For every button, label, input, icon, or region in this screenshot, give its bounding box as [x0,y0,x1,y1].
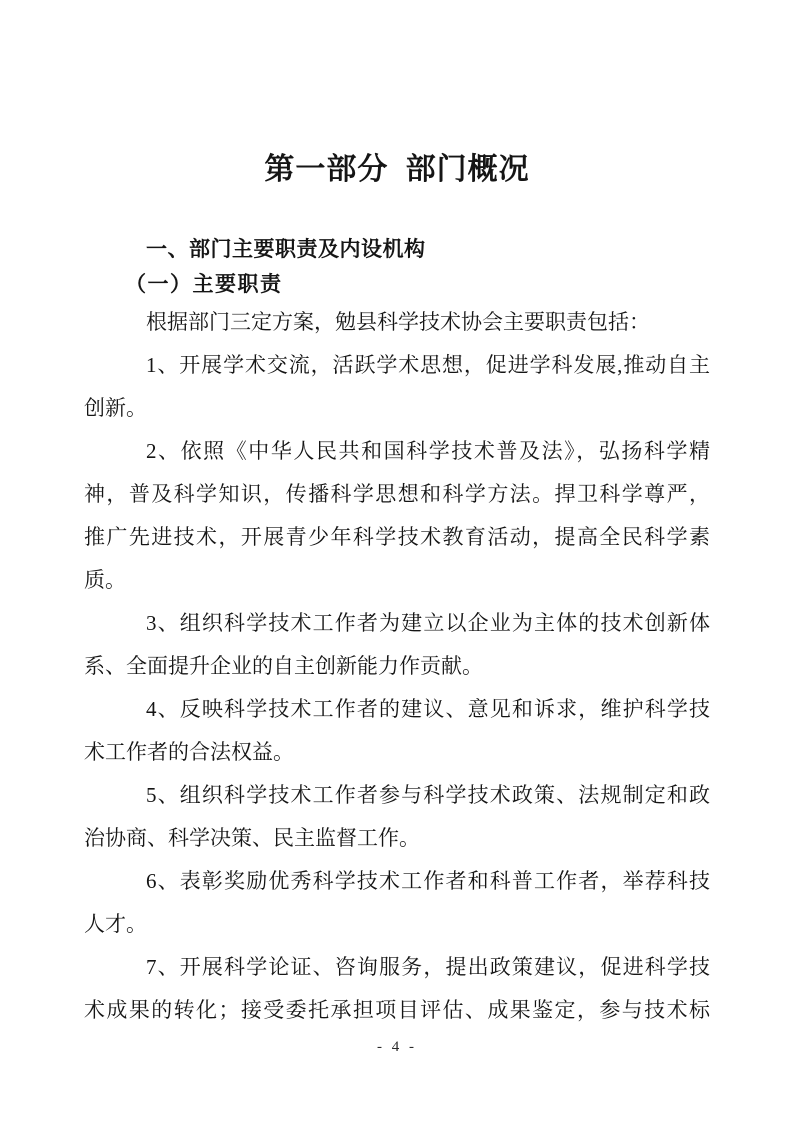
document-page: 第一部分 部门概况 一、部门主要职责及内设机构 （一）主要职责 根据部门三定方案… [0,0,793,1122]
paragraph-line: 3、组织科学技术工作者为建立以企业为主体的技术创新体 [84,602,710,645]
paragraph-line: 神，普及科学知识，传播科学思想和科学方法。捍卫科学尊严， [84,473,710,516]
paragraph-line: 质。 [84,559,710,602]
subsection-heading: （一）主要职责 [84,267,710,301]
document-title: 第一部分 部门概况 [84,152,710,188]
paragraph-line: 术工作者的合法权益。 [84,731,710,774]
page-number: - 4 - [84,1032,710,1062]
paragraph-line: 创新。 [84,387,710,430]
paragraph-line: 推广先进技术，开展青少年科学技术教育活动，提高全民科学素 [84,516,710,559]
paragraph-line: 2、依照《中华人民共和国科学技术普及法》，弘扬科学精 [84,430,710,473]
paragraph-line: 术成果的转化；接受委托承担项目评估、成果鉴定，参与技术标 [84,989,710,1032]
paragraph-line: 人才。 [84,903,710,946]
paragraph-line: 5、组织科学技术工作者参与科学技术政策、法规制定和政 [84,774,710,817]
paragraph-line: 1、开展学术交流，活跃学术思想，促进学科发展,推动自主 [84,344,710,387]
paragraph-line-intro: 根据部门三定方案，勉县科学技术协会主要职责包括： [84,301,710,344]
paragraph-line: 4、反映科学技术工作者的建议、意见和诉求，维护科学技 [84,688,710,731]
paragraph-line: 7、开展科学论证、咨询服务，提出政策建议，促进科学技 [84,946,710,989]
paragraph-line: 治协商、科学决策、民主监督工作。 [84,817,710,860]
paragraph-line: 系、全面提升企业的自主创新能力作贡献。 [84,645,710,688]
paragraph-line: 6、表彰奖励优秀科学技术工作者和科普工作者，举荐科技 [84,860,710,903]
section-heading: 一、部门主要职责及内设机构 [84,233,710,267]
